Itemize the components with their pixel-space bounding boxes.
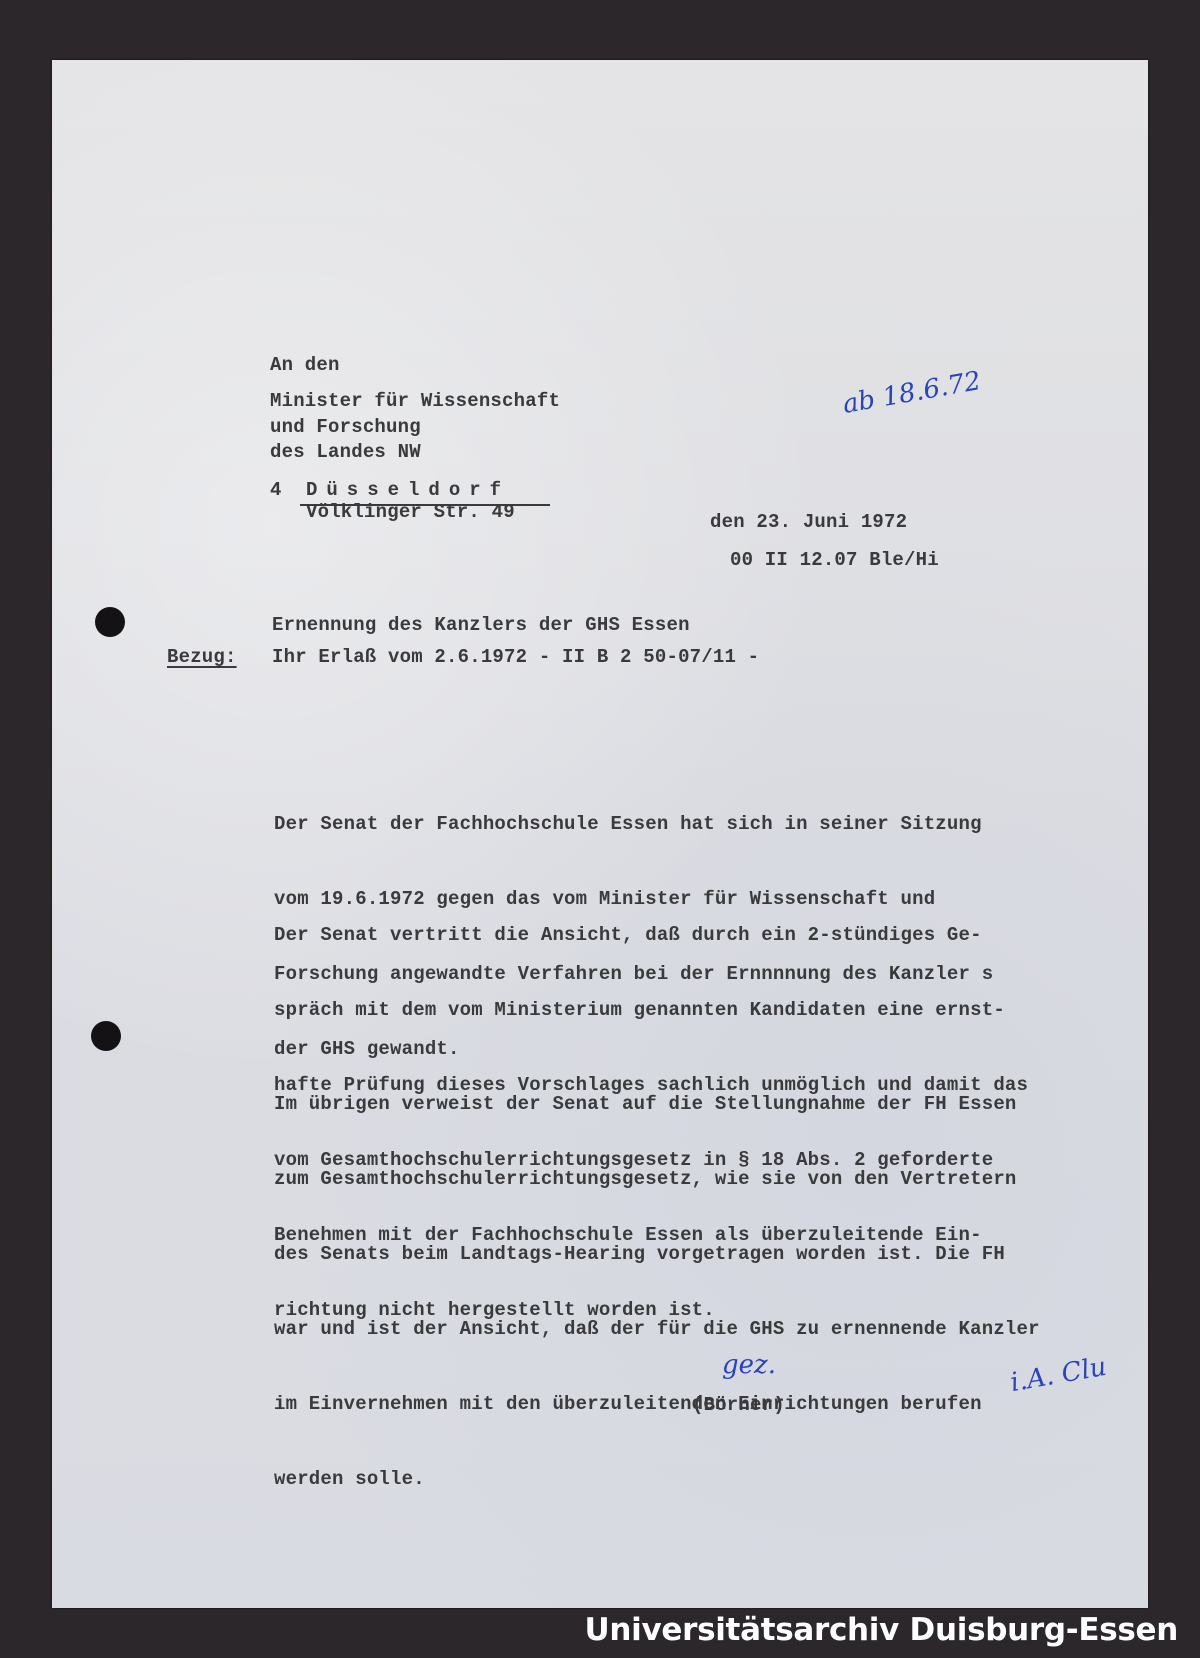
text-line: im Einvernehmen mit den überzuleitenden … [274, 1392, 1040, 1417]
text-line: spräch mit dem vom Ministerium genannten… [274, 998, 1028, 1023]
recipient-salutation: An den [270, 353, 340, 378]
handwritten-note: ab 18.6.72 [840, 366, 983, 420]
text-line: Im übrigen verweist der Senat auf die St… [274, 1092, 1040, 1117]
text-line: zum Gesamthochschulerrichtungsgesetz, wi… [274, 1167, 1040, 1192]
text-line: war und ist der Ansicht, daß der für die… [274, 1317, 1040, 1342]
handwritten-gez: gez. [722, 1350, 776, 1380]
text-line: des Senats beim Landtags-Hearing vorgetr… [274, 1242, 1040, 1267]
recipient-line: des Landes NW [270, 440, 421, 465]
recipient-street: Völklinger Str. 49 [306, 500, 515, 525]
text-line: werden solle. [274, 1467, 1040, 1492]
archive-watermark: Universitätsarchiv Duisburg-Essen [584, 1612, 1178, 1648]
punch-hole-bottom [91, 1021, 121, 1051]
document-page: An den Minister für Wissenschaft und For… [52, 60, 1148, 1608]
text-line: Der Senat vertritt die Ansicht, daß durc… [274, 923, 1028, 948]
bezug-label: Bezug: [167, 645, 237, 670]
reference-code: 00 II 12.07 Ble/Hi [730, 548, 939, 573]
text-line: Der Senat der Fachhochschule Essen hat s… [274, 812, 993, 837]
punch-hole-top [95, 607, 125, 637]
recipient-line: Minister für Wissenschaft [270, 389, 560, 414]
recipient-city-prefix: 4 [270, 478, 282, 503]
subject-line: Ernennung des Kanzlers der GHS Essen [272, 613, 690, 638]
letter-date: den 23. Juni 1972 [710, 510, 907, 535]
paragraph-3: Im übrigen verweist der Senat auf die St… [274, 1042, 1040, 1542]
bezug-text: Ihr Erlaß vom 2.6.1972 - II B 2 50-07/11… [272, 645, 759, 670]
signatory-name: (Börner) [692, 1393, 785, 1418]
recipient-line: und Forschung [270, 415, 421, 440]
